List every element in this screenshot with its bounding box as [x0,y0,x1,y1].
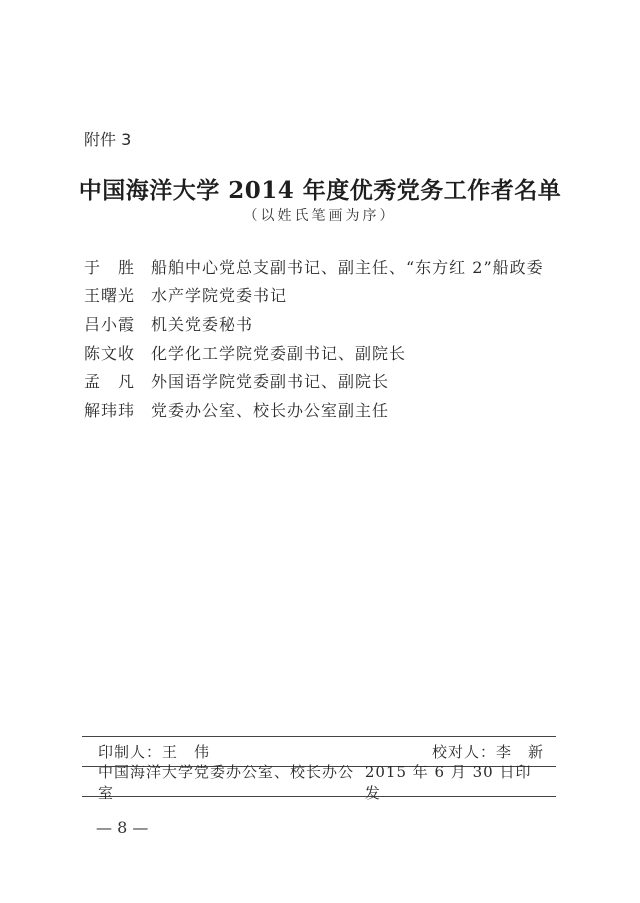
person-name: 解玮玮 [84,398,151,421]
list-item: 于 胜 船舶中心党总支副书记、副主任、“东方红 2”船政委 [84,252,544,281]
document-subtitle: （以姓氏笔画为序） [0,205,640,225]
person-role: 化学化工学院党委副书记、副院长 [151,341,406,364]
person-name: 吕小霞 [84,312,151,335]
person-name: 于 胜 [84,255,151,278]
issue-date: 2015 年 6 月 30 日印发 [365,761,544,803]
honoree-list: 于 胜 船舶中心党总支副书记、副主任、“东方红 2”船政委 王曙光 水产学院党委… [84,252,544,424]
document-title: 中国海洋大学 2014 年度优秀党务工作者名单 [0,172,640,205]
list-item: 王曙光 水产学院党委书记 [84,281,544,310]
printer-credit: 印制人：王 伟 [98,741,210,762]
person-role: 党委办公室、校长办公室副主任 [151,398,389,421]
person-name: 陈文收 [84,341,151,364]
page-number: — 8 — [96,818,148,837]
issuer: 中国海洋大学党委办公室、校长办公室 [98,761,365,803]
person-role: 船舶中心党总支副书记、副主任、“东方红 2”船政委 [151,255,544,278]
person-role: 机关党委秘书 [151,312,253,335]
footer-row-issue: 中国海洋大学党委办公室、校长办公室 2015 年 6 月 30 日印发 [82,767,556,796]
print-footer: 印制人：王 伟 校对人：李 新 中国海洋大学党委办公室、校长办公室 2015 年… [82,736,556,797]
person-name: 孟 凡 [84,369,151,392]
list-item: 解玮玮 党委办公室、校长办公室副主任 [84,395,544,424]
list-item: 吕小霞 机关党委秘书 [84,309,544,338]
proofreader-credit: 校对人：李 新 [432,741,544,762]
person-role: 外国语学院党委副书记、副院长 [151,369,389,392]
attachment-label: 附件 3 [84,127,131,150]
list-item: 孟 凡 外国语学院党委副书记、副院长 [84,366,544,395]
person-name: 王曙光 [84,283,151,306]
person-role: 水产学院党委书记 [151,283,287,306]
list-item: 陈文收 化学化工学院党委副书记、副院长 [84,338,544,367]
